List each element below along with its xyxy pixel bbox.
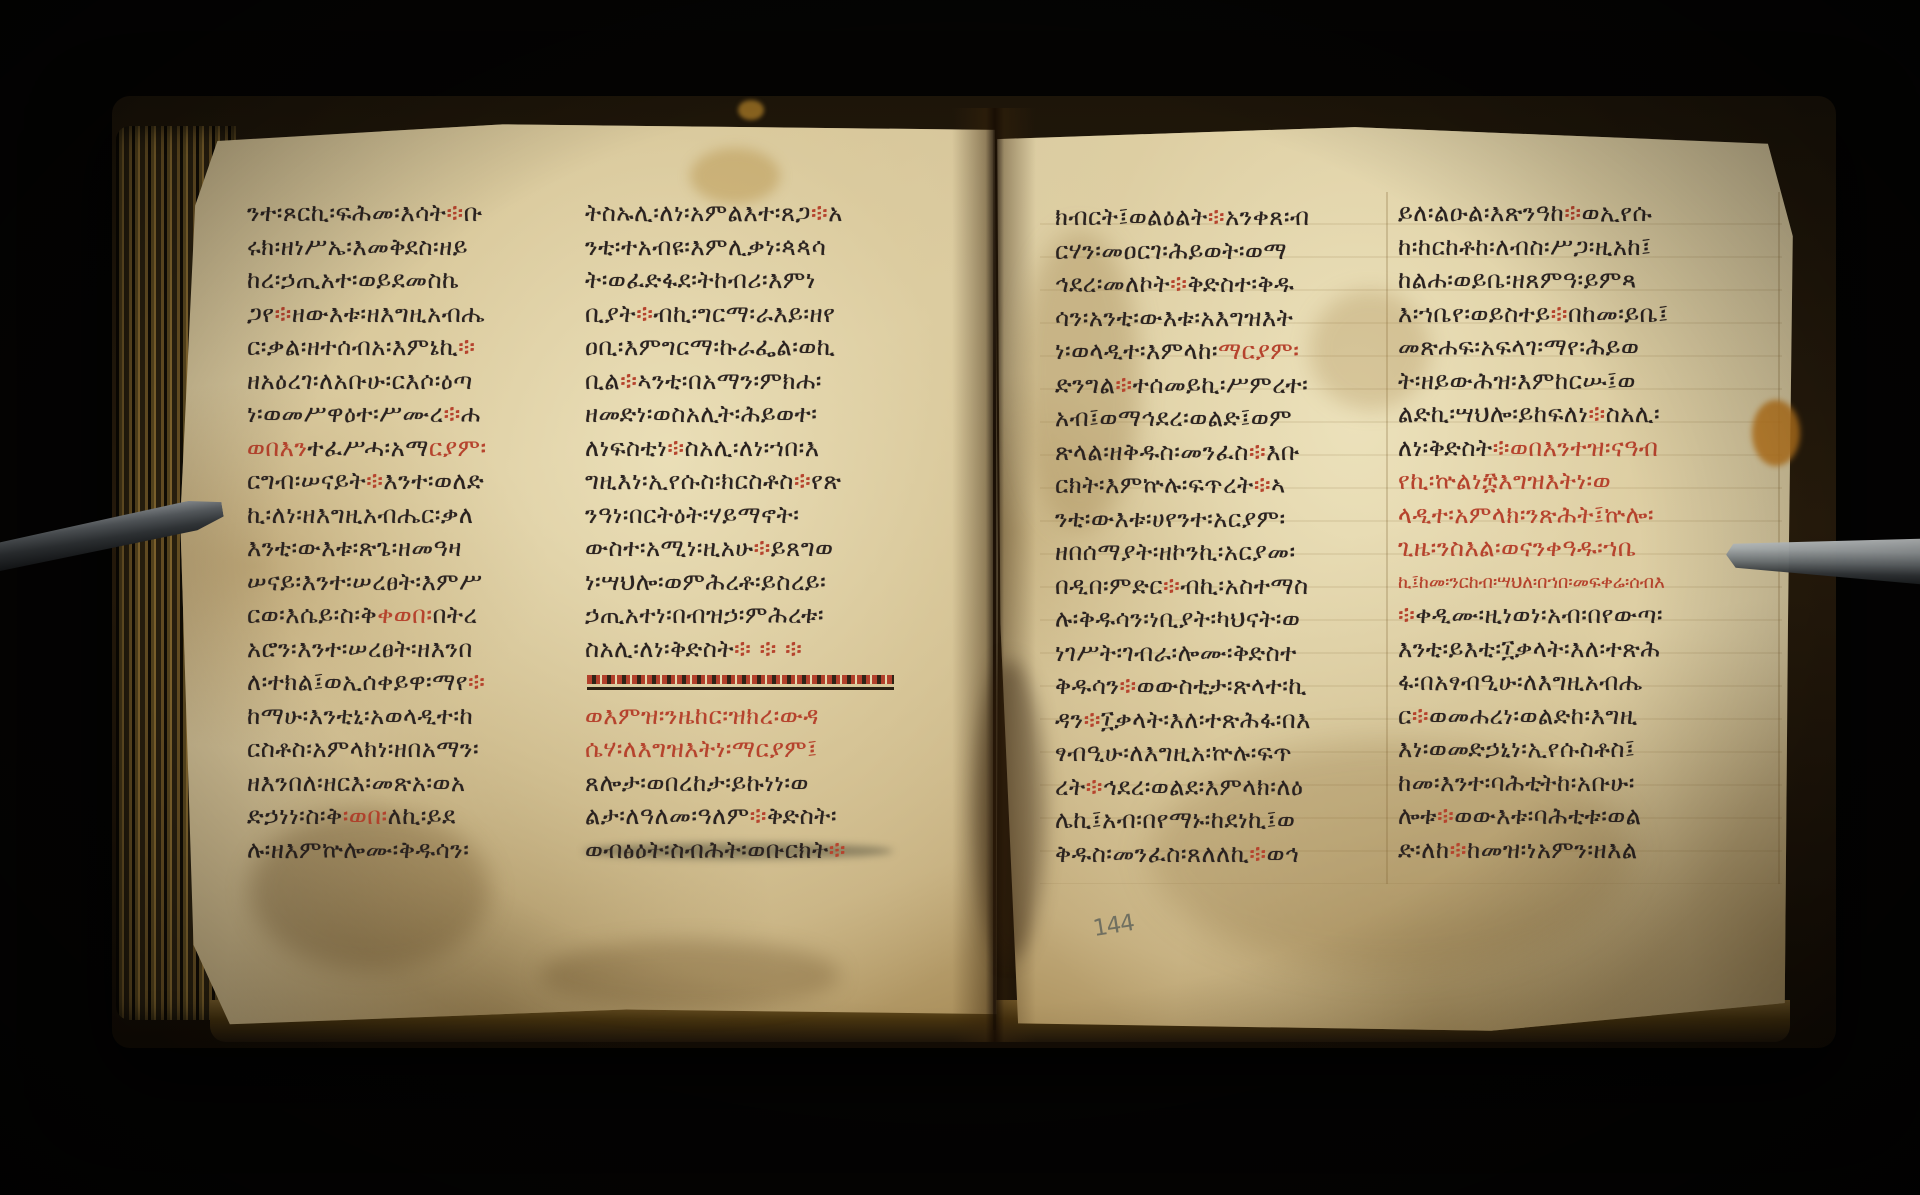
- manuscript-line: ግዚእነ፡ኢየሱስ፡ክርስቶስ፨የጽ: [585, 465, 921, 499]
- manuscript-line: ነ፡ሣህሎ፡ወምሕረቶ፡ይስረይ፡: [585, 566, 921, 600]
- rubricated-text: ፨: [636, 300, 653, 328]
- ink-text: ሎቱ: [1398, 802, 1437, 830]
- rubricated-text: ፨: [1564, 199, 1581, 227]
- rubricated-text: ፨: [444, 400, 461, 428]
- rubricated-text: ፨: [760, 635, 777, 663]
- rubricated-text: ፨: [1450, 836, 1467, 864]
- rubricated-text: ፨: [1398, 601, 1415, 629]
- ink-text: ጋየ: [247, 300, 275, 328]
- ink-text: ቅድስት፡: [767, 802, 837, 830]
- manuscript-line: ጊዜ፡ንስእል፡ወናንቀዓዱ፡ኀቤ: [1398, 532, 1780, 566]
- rubricated-text: ፨: [446, 199, 463, 227]
- ink-text: ቀዲሙ፡ዚነወነ፡አብ፡በየውጣ፡: [1415, 601, 1663, 629]
- ink-text: አሮን፡እንተ፡ሠረፀት፡ዘእንበ: [247, 635, 473, 663]
- ornament-divider-band: [585, 666, 921, 700]
- ink-text: እንቲ፡ውእቱ፡ጽጌ፡ዘመዓዛ: [247, 534, 462, 562]
- manuscript-line: ሌኪ፤አብ፡በየማኑ፡ከደነኪ፤ወ: [1055, 804, 1361, 838]
- ink-text: ብኪ፡አስተማስ: [1180, 572, 1308, 600]
- manuscript-line: ርክት፡እምኵሉ፡ፍጥረት፨ኣ: [1055, 469, 1361, 503]
- ink-text: ድ፡ለከ: [1398, 836, 1450, 864]
- ink-text: ወመሐረነ፡ወልድከ፡እግዚ: [1429, 702, 1638, 730]
- ink-text: ለነ፡ቅድስት: [1398, 434, 1493, 462]
- rubricated-text: ፨: [829, 836, 846, 864]
- rubricated-text: ፨: [1119, 672, 1136, 700]
- manuscript-line: ኪ፡ለነ፡ዘእግዚአብሔር፡ቃለ: [247, 499, 543, 533]
- ink-text: ተፈሥሓ፡አማ: [307, 434, 428, 462]
- manuscript-line: ኃጢአተነ፡በብዝኃ፡ምሕረቱ፡: [585, 599, 921, 633]
- ink-text: ከመ፡እንተ፡ባሕቲትከ፡አቡሁ፡: [1398, 769, 1635, 797]
- manuscript-line: ር፨ወመሐረነ፡ወልድከ፡እግዚ: [1398, 700, 1780, 734]
- ink-text: በከመ፡ይቤ፤: [1568, 300, 1669, 328]
- manuscript-line: ወእምዝ፡ንዜከር፡ዝክረ፡ውዳ: [585, 700, 921, 734]
- manuscript-line: ሎቱ፨ወውእቱ፡ባሕቲቱ፡ወል: [1398, 800, 1780, 834]
- ink-text: እንቲ፡ይእቲ፡፲ቃላት፡እለ፡ተጽሕ: [1398, 635, 1661, 663]
- manuscript-line: ከማሁ፡እንቲኒ፡አወላዲተ፡ከ: [247, 700, 543, 734]
- text-column-left-outer: ንተ፡ጾርኪ፡ፍሕመ፡እሳት፨ቡሩክ፡ዘነሥኤ፡እመቅደስ፡ዘይከረ፡ኃጢአተ፡…: [247, 197, 543, 869]
- manuscript-line: ልድኪ፡ሣህሎ፡ይከፍለነ፨ስአሊ፡: [1398, 398, 1780, 432]
- ink-text: ግዚእነ፡ኢየሱስ፡ክርስቶስ: [585, 467, 794, 495]
- ink-text: ሳን፡አንቲ፡ውእቱ፡አእግዝእት: [1055, 304, 1293, 332]
- rubricated-text: ሴሃ፡ለእግዝእትነ፡ማርያም፤: [585, 735, 818, 763]
- rubricated-text: ፨: [458, 333, 475, 361]
- manuscript-line: ንቲ፡ውእቱ፡ሀየንተ፡አርያም፡: [1055, 503, 1361, 537]
- rubricated-text: ማርያም፡: [1218, 337, 1299, 365]
- ink-text: ወውስቲታ፡ጽላተ፡ኪ: [1137, 672, 1307, 700]
- ink-text: ሠናይ፡እንተ፡ሠረፀት፡እምሥ: [247, 568, 482, 596]
- manuscript-line: ጋየ፨ዘውእቱ፡ዘእግዚአብሔ: [247, 298, 543, 332]
- manuscript-line: ቢል፨ኣንቲ፡በአማን፡ምክሐ፡: [585, 365, 921, 399]
- ink-text: አንቀጸ፡ብ: [1225, 203, 1310, 231]
- manuscript-line: ወበእንተፈሥሓ፡አማርያም፡: [247, 432, 543, 466]
- ink-text: ከ፡ከርከቶከ፡ለብስ፡ሥጋ፡ዚአከ፤: [1398, 233, 1651, 261]
- ink-text: ጽላል፡ዘቅዱስ፡መንፈስ: [1055, 438, 1249, 466]
- rubricated-text: ፨: [1170, 270, 1187, 298]
- ink-text: ወኅ: [1267, 840, 1300, 868]
- rubricated-text: ፨: [734, 635, 751, 663]
- rubricated-text: ፨: [1437, 802, 1454, 830]
- ink-text: እነ፡ወመድኃኒነ፡ኢየሱስቶስ፤: [1398, 735, 1635, 763]
- text-column-left-inner: ትስኡሊ፡ለነ፡አምልእተ፡ጸጋ፨አንቲ፡ተአብዩ፡እምሊቃነ፡ጳጳሳት፡ወፈድ…: [585, 197, 921, 869]
- manuscript-photograph: ንተ፡ጾርኪ፡ፍሕመ፡እሳት፨ቡሩክ፡ዘነሥኤ፡እመቅደስ፡ዘይከረ፡ኃጢአተ፡…: [0, 0, 1920, 1195]
- ink-text: ይጸግወ: [771, 534, 834, 562]
- ink-text: በትረ: [433, 601, 478, 629]
- manuscript-line: ቅዱስ፡መንፈስ፡ጸለለኪ፨ወኅ: [1055, 838, 1361, 872]
- rubricated-text: ፨: [1249, 438, 1266, 466]
- ink-text: ስአሊ፡ለነ፡ቅድስት: [585, 635, 734, 663]
- manuscript-line: ከረ፡ኃጢአተ፡ወይደመስኬ: [247, 264, 543, 298]
- rubricated-text: ፨: [275, 300, 292, 328]
- ink-text: ድኃነነ፡ስ፡ቅ: [247, 802, 343, 830]
- manuscript-line: ሉ፡ዘእምኵሎሙ፡ቅዱሳን፡: [247, 834, 543, 868]
- rubricated-text: ፨: [750, 802, 767, 830]
- rubricated-text: ፨: [620, 367, 637, 395]
- rubricated-text: ወበእን: [247, 434, 307, 462]
- manuscript-line: ርሃን፡መዐርገ፡ሕይወት፡ወማ: [1055, 235, 1361, 269]
- manuscript-line: እ፡ኀቤየ፡ወይስተይ፨በከመ፡ይቤ፤: [1398, 298, 1780, 332]
- manuscript-line: ላዲተ፡አምላክ፡ንጽሕት፤ኵሎ፡: [1398, 499, 1780, 533]
- ink-text: ወብፅዕት፡ስብሕት፡ወቡርክት: [585, 836, 829, 864]
- ink-text: ለነፍስቲነ: [585, 434, 667, 462]
- manuscript-line: ድንግል፨ተሰመይኪ፡ሥምረተ፡: [1055, 369, 1361, 403]
- ink-text: ንቲ፡ውእቱ፡ሀየንተ፡አርያም፡: [1055, 505, 1286, 533]
- ink-text: እ፡ኀቤየ፡ወይስተይ: [1398, 300, 1551, 328]
- ink-text: ፲ቃላት፡እለ፡ተጽሕፋ፡በእ: [1101, 706, 1311, 734]
- rubricated-text: ወእምዝ፡ንዜከር፡ዝክረ፡ውዳ: [585, 702, 819, 730]
- manuscript-line: ኪ፤ከመ፡ንርከብ፡ሣህለ፡በኀበ፡መፍቀሬ፡ሰብእ: [1398, 566, 1780, 600]
- ink-text: ት፡ዘይውሕዝ፡እምከርሡ፤ወ: [1398, 367, 1636, 395]
- manuscript-line: ት፡ወፈድፋደ፡ትከብሪ፡እምነ: [585, 264, 921, 298]
- ink-text: ቡ: [464, 199, 483, 227]
- ink-text: አብ፤ወማኅደረ፡ወልድ፤ወም: [1055, 404, 1292, 432]
- rubricated-text: ፨: [1588, 400, 1605, 428]
- ink-text: ወኢየሱ: [1582, 199, 1653, 227]
- rubricated-text: ኪ፤ከመ፡ንርከብ፡ሣህለ፡በኀበ፡መፍቀሬ፡ሰብእ: [1398, 572, 1665, 593]
- ink-text: ትስኡሊ፡ለነ፡አምልእተ፡ጸጋ: [585, 199, 811, 227]
- ink-text: ፋ፡በአፃብዒሁ፡ለእግዚአብሔ: [1398, 668, 1643, 696]
- manuscript-line: ነገሥት፡ገብራ፡ሎሙ፡ቅድስተ: [1055, 637, 1361, 671]
- manuscript-line: ትስኡሊ፡ለነ፡አምልእተ፡ጸጋ፨አ: [585, 197, 921, 231]
- ink-text: ነገሥት፡ገብራ፡ሎሙ፡ቅድስተ: [1055, 639, 1297, 667]
- manuscript-line: ልታ፡ለዓለመ፡ዓለም፨ቅድስት፡: [585, 800, 921, 834]
- rubricated-text: ጊዜ፡ንስእል፡ወናንቀዓዱ፡ኀቤ: [1398, 534, 1637, 562]
- manuscript-line: ፃብዒሁ፡ለእግዚአ፡ኵሉ፡ፍጥ: [1055, 737, 1361, 771]
- ink-text: ከልሐ፡ወይቤ፡ዘጸምዓ፡ይምጻ: [1398, 266, 1637, 294]
- rubricated-text: ፨: [811, 199, 828, 227]
- ink-text: እቡ: [1266, 438, 1300, 466]
- ink-text: ርወ፡እሴይ፡ስ፡ቅ: [247, 601, 377, 629]
- ink-text: ዘአዕረገ፡ለአቡሁ፡ርእሶ፡ዕጣ: [247, 367, 473, 395]
- ink-text: ኃጢአተነ፡በብዝኃ፡ምሕረቱ፡: [585, 601, 824, 629]
- rubricated-text: ፡ወበ፡: [343, 802, 388, 830]
- ink-text: ስአሊ፡: [1606, 400, 1660, 428]
- ink-text: ተሰመይኪ፡ሥምረተ፡: [1133, 371, 1309, 399]
- manuscript-line: እነ፡ወመድኃኒነ፡ኢየሱስቶስ፤: [1398, 733, 1780, 767]
- manuscript-line: ከልሐ፡ወይቤ፡ዘጸምዓ፡ይምጻ: [1398, 264, 1780, 298]
- rubricated-text: ፨: [1086, 773, 1103, 801]
- book-gutter-fold: [993, 130, 996, 1030]
- rubricated-text: የኪ፡ኵልነ፰እግዝእትነ፡ወ: [1398, 467, 1611, 495]
- ink-text: ሉ፡ቅዱሳን፡ነቢያት፡ካህናት፡ወ: [1055, 605, 1300, 633]
- rubricated-text: ፨: [754, 534, 771, 562]
- manuscript-line: ነ፡ወላዲተ፡እምላከ፡ማርያም፡: [1055, 335, 1361, 369]
- ink-text: ውስተ፡አሚነ፡ዚአሁ: [585, 534, 754, 562]
- manuscript-line: ነ፡ወመሥዋዕተ፡ሥሙረ፨ሐ: [247, 398, 543, 432]
- text-column-right-inner: ክብርት፤ወልዕልት፨አንቀጸ፡ብርሃን፡መዐርገ፡ሕይወት፡ወማኅደረ፡መለኮ…: [1055, 201, 1361, 873]
- rubricated-text: ፨: [785, 635, 802, 663]
- manuscript-line: ዘበሰማያት፡ዘኮንኪ፡አርያመ፡: [1055, 536, 1361, 570]
- ink-text: ክብርት፤ወልዕልት: [1055, 203, 1208, 231]
- ink-text: ቅዱስ፡መንፈስ፡ጸለለኪ: [1055, 840, 1249, 868]
- ink-text: የጽ: [811, 467, 841, 495]
- rubricated-text: ፨: [1254, 471, 1271, 499]
- ink-text: ነ፡ወመሥዋዕተ፡ሥሙረ: [247, 400, 444, 428]
- ink-text: ለኪ፡ይደ: [388, 802, 456, 830]
- manuscript-line: ቅዱሳን፨ወውስቲታ፡ጽላተ፡ኪ: [1055, 670, 1361, 704]
- manuscript-line: የኪ፡ኵልነ፰እግዝእትነ፡ወ: [1398, 465, 1780, 499]
- manuscript-line: ንዓነ፡በርትዕት፡ሃይማኖት፡: [585, 499, 921, 533]
- ink-text: ቢል: [585, 367, 620, 395]
- manuscript-line: ከመ፡እንተ፡ባሕቲትከ፡አቡሁ፡: [1398, 767, 1780, 801]
- manuscript-line: ዘመድነ፡ወስአሊት፡ሕይወተ፡: [585, 398, 921, 432]
- rubricated-text: ፨: [1551, 300, 1568, 328]
- ink-text: ቅድስተ፡ቅዱ: [1187, 270, 1294, 298]
- ink-text: ዘመድነ፡ወስአሊት፡ሕይወተ፡: [585, 400, 817, 428]
- manuscript-line: አሮን፡እንተ፡ሠረፀት፡ዘእንበ: [247, 633, 543, 667]
- rubricated-text: ፨: [366, 467, 383, 495]
- rubricated-text: ፨: [1412, 702, 1429, 730]
- manuscript-line: ክብርት፤ወልዕልት፨አንቀጸ፡ብ: [1055, 201, 1361, 235]
- text-column-right-outer: ይለ፡ልዑል፡እጽንዓከ፨ወኢየሱከ፡ከርከቶከ፡ለብስ፡ሥጋ፡ዚአከ፤ከልሐ፡…: [1398, 197, 1780, 875]
- manuscript-line: ር፡ቃል፡ዘተሰብአ፡እምኔኪ፨: [247, 331, 543, 365]
- ink-text: ልድኪ፡ሣህሎ፡ይከፍለነ: [1398, 400, 1588, 428]
- ink-text: ወውእቱ፡ባሕቲቱ፡ወል: [1454, 802, 1641, 830]
- manuscript-line: ለነፍስቲነ፨ስአሊ፡ለነ፡ኀበ፡እ: [585, 432, 921, 466]
- rubricated-text: ፨: [1493, 434, 1510, 462]
- ink-text: ድንግል: [1055, 371, 1115, 399]
- rubricated-text: ርያም፡: [429, 434, 487, 462]
- ink-text: ዘበሰማያት፡ዘኮንኪ፡አርያመ፡: [1055, 538, 1296, 566]
- manuscript-line: ወብፅዕት፡ስብሕት፡ወቡርክት፨: [585, 834, 921, 868]
- ink-text: ኣንቲ፡በአማን፡ምክሐ፡: [637, 367, 821, 395]
- ink-text: ረት: [1055, 773, 1086, 801]
- rubricated-text: ቀወበ፡: [377, 601, 432, 629]
- rubricated-text: ፨: [1084, 706, 1101, 734]
- ink-text: ሐ: [461, 400, 481, 428]
- rubricated-text: ፨: [1208, 203, 1225, 231]
- manuscript-line: ጸሎታ፡ወበረከታ፡ይኩነነ፡ወ: [585, 767, 921, 801]
- manuscript-line: ፋ፡በአፃብዒሁ፡ለእግዚአብሔ: [1398, 666, 1780, 700]
- ink-text: ሉ፡ዘእምኵሎሙ፡ቅዱሳን፡: [247, 836, 469, 864]
- ink-text: ርክት፡እምኵሉ፡ፍጥረት: [1055, 471, 1254, 499]
- manuscript-line: ት፡ዘይውሕዝ፡እምከርሡ፤ወ: [1398, 365, 1780, 399]
- ink-text: ሩክ፡ዘነሥኤ፡እመቅደስ፡ዘይ: [247, 233, 468, 261]
- ink-text: ንቲ፡ተአብዩ፡እምሊቃነ፡ጳጳሳ: [585, 233, 826, 261]
- ink-text: ንተ፡ጾርኪ፡ፍሕመ፡እሳት: [247, 199, 446, 227]
- ink-text: ር፡ቃል፡ዘተሰብአ፡እምኔኪ: [247, 333, 458, 361]
- manuscript-line: እንቲ፡ይእቲ፡፲ቃላት፡እለ፡ተጽሕ: [1398, 633, 1780, 667]
- manuscript-line: ከ፡ከርከቶከ፡ለብስ፡ሥጋ፡ዚአከ፤: [1398, 231, 1780, 265]
- ink-text: ነ፡ሣህሎ፡ወምሕረቶ፡ይስረይ፡: [585, 568, 826, 596]
- ink-text: ስአሊ፡ለነ፡ኀበ፡እ: [685, 434, 820, 462]
- rubricated-text: ወበእንተዝ፡ናዓብ: [1510, 434, 1658, 462]
- manuscript-line: ሳን፡አንቲ፡ውእቱ፡አእግዝእት: [1055, 302, 1361, 336]
- manuscript-line: ርወ፡እሴይ፡ስ፡ቅቀወበ፡በትረ: [247, 599, 543, 633]
- ink-text: ከረ፡ኃጢአተ፡ወይደመስኬ: [247, 266, 459, 294]
- ink-text: ኅደረ፡ወልደ፡እምላክ፡ለዕ: [1103, 773, 1303, 801]
- manuscript-line: ንቲ፡ተአብዩ፡እምሊቃነ፡ጳጳሳ: [585, 231, 921, 265]
- ink-text: ዘውእቱ፡ዘእግዚአብሔ: [292, 300, 485, 328]
- ink-text: ይለ፡ልዑል፡እጽንዓከ: [1398, 199, 1564, 227]
- rubricated-text: ፨: [1249, 840, 1266, 868]
- ink-text: ኪ፡ለነ፡ዘእግዚአብሔር፡ቃለ: [247, 501, 474, 529]
- ink-text: ከመዝ፡ነአምን፡ዘእል: [1467, 836, 1638, 864]
- ink-text: ዐቢ፡እምግርማ፡ኩራፌል፡ወኪ: [585, 333, 835, 361]
- ink-text: ለ፡ተክል፤ወኢሰቀይዋ፡ማየ: [247, 668, 468, 696]
- manuscript-line: ሩክ፡ዘነሥኤ፡እመቅደስ፡ዘይ: [247, 231, 543, 265]
- manuscript-line: በዲበ፡ምድር፨ብኪ፡አስተማስ: [1055, 570, 1361, 604]
- manuscript-line: ዐቢ፡እምግርማ፡ኩራፌል፡ወኪ: [585, 331, 921, 365]
- ink-text: ዘእንበለ፡ዘርእ፡መጽአ፡ወአ: [247, 769, 465, 797]
- manuscript-line: ርስቶስ፡አምላክነ፡ዘበአማን፡: [247, 733, 543, 767]
- manuscript-line: ኅደረ፡መለኮት፨ቅድስተ፡ቅዱ: [1055, 268, 1361, 302]
- manuscript-line: ንተ፡ጾርኪ፡ፍሕመ፡እሳት፨ቡ: [247, 197, 543, 231]
- manuscript-line: ዘአዕረገ፡ለአቡሁ፡ርእሶ፡ዕጣ: [247, 365, 543, 399]
- manuscript-line: ይለ፡ልዑል፡እጽንዓከ፨ወኢየሱ: [1398, 197, 1780, 231]
- manuscript-line: ርግብ፡ሠናይት፨እንተ፡ወለድ: [247, 465, 543, 499]
- ink-text: ብኪ፡ግርማ፡ራእይ፡ዘየ: [653, 300, 835, 328]
- manuscript-line: ሴሃ፡ለእግዝእትነ፡ማርያም፤: [585, 733, 921, 767]
- manuscript-line: ስአሊ፡ለነ፡ቅድስት፨ ፨ ፨: [585, 633, 921, 667]
- ink-text: ሌኪ፤አብ፡በየማኑ፡ከደነኪ፤ወ: [1055, 806, 1295, 834]
- ink-text: ቢያት: [585, 300, 636, 328]
- manuscript-line: ረት፨ኅደረ፡ወልደ፡እምላክ፡ለዕ: [1055, 771, 1361, 805]
- ink-text: ንዓነ፡በርትዕት፡ሃይማኖት፡: [585, 501, 799, 529]
- manuscript-line: ድ፡ለከ፨ከመዝ፡ነአምን፡ዘእል: [1398, 834, 1780, 868]
- ink-text: ዳን: [1055, 706, 1084, 734]
- ink-text: ኅደረ፡መለኮት: [1055, 270, 1170, 298]
- manuscript-line: ድኃነነ፡ስ፡ቅ፡ወበ፡ለኪ፡ይደ: [247, 800, 543, 834]
- ink-text: ር: [1398, 702, 1412, 730]
- ink-text: ርሃን፡መዐርገ፡ሕይወት፡ወማ: [1055, 237, 1287, 265]
- manuscript-line: ሉ፡ቅዱሳን፡ነቢያት፡ካህናት፡ወ: [1055, 603, 1361, 637]
- rubricated-text: ፨: [794, 467, 811, 495]
- rubricated-text: ፨: [468, 668, 485, 696]
- ink-text: መጽሐፍ፡አፍላገ፡ማየ፡ሕይወ: [1398, 333, 1639, 361]
- ink-text: ከማሁ፡እንቲኒ፡አወላዲተ፡ከ: [247, 702, 473, 730]
- manuscript-line: መጽሐፍ፡አፍላገ፡ማየ፡ሕይወ: [1398, 331, 1780, 365]
- manuscript-line: እንቲ፡ውእቱ፡ጽጌ፡ዘመዓዛ: [247, 532, 543, 566]
- ink-text: ጸሎታ፡ወበረከታ፡ይኩነነ፡ወ: [585, 769, 809, 797]
- rubricated-text: ላዲተ፡አምላክ፡ንጽሕት፤ኵሎ፡: [1398, 501, 1654, 529]
- ink-text: ኣ: [1271, 471, 1286, 499]
- ink-text: ርስቶስ፡አምላክነ፡ዘበአማን፡: [247, 735, 479, 763]
- ink-text: [751, 635, 759, 663]
- manuscript-line: ዘእንበለ፡ዘርእ፡መጽአ፡ወአ: [247, 767, 543, 801]
- ruling-guide-line: [1386, 192, 1388, 884]
- manuscript-line: አብ፤ወማኅደረ፡ወልድ፤ወም: [1055, 402, 1361, 436]
- manuscript-line: ለ፡ተክል፤ወኢሰቀይዋ፡ማየ፨: [247, 666, 543, 700]
- rubricated-text: ፨: [1163, 572, 1180, 600]
- rubricated-text: ፨: [667, 434, 684, 462]
- ink-text: በዲበ፡ምድር: [1055, 572, 1163, 600]
- ink-text: [777, 635, 785, 663]
- ink-text: ቅዱሳን: [1055, 672, 1119, 700]
- manuscript-line: ፨ቀዲሙ፡ዚነወነ፡አብ፡በየውጣ፡: [1398, 599, 1780, 633]
- ink-text: ፃብዒሁ፡ለእግዚአ፡ኵሉ፡ፍጥ: [1055, 739, 1292, 767]
- ink-text: ነ፡ወላዲተ፡እምላከ፡: [1055, 337, 1218, 365]
- ink-text: ት፡ወፈድፋደ፡ትከብሪ፡እምነ: [585, 266, 816, 294]
- manuscript-line: ጽላል፡ዘቅዱስ፡መንፈስ፨እቡ: [1055, 436, 1361, 470]
- manuscript-line: ሠናይ፡እንተ፡ሠረፀት፡እምሥ: [247, 566, 543, 600]
- manuscript-line: ቢያት፨ብኪ፡ግርማ፡ራእይ፡ዘየ: [585, 298, 921, 332]
- ink-text: አ: [828, 199, 843, 227]
- rubricated-text: ፨: [1115, 371, 1132, 399]
- ink-text: ልታ፡ለዓለመ፡ዓለም: [585, 802, 750, 830]
- manuscript-line: ለነ፡ቅድስት፨ወበእንተዝ፡ናዓብ: [1398, 432, 1780, 466]
- manuscript-line: ውስተ፡አሚነ፡ዚአሁ፨ይጸግወ: [585, 532, 921, 566]
- manuscript-line: ዳን፨፲ቃላት፡እለ፡ተጽሕፋ፡በእ: [1055, 704, 1361, 738]
- ink-text: ርግብ፡ሠናይት: [247, 467, 366, 495]
- ink-text: እንተ፡ወለድ: [383, 467, 484, 495]
